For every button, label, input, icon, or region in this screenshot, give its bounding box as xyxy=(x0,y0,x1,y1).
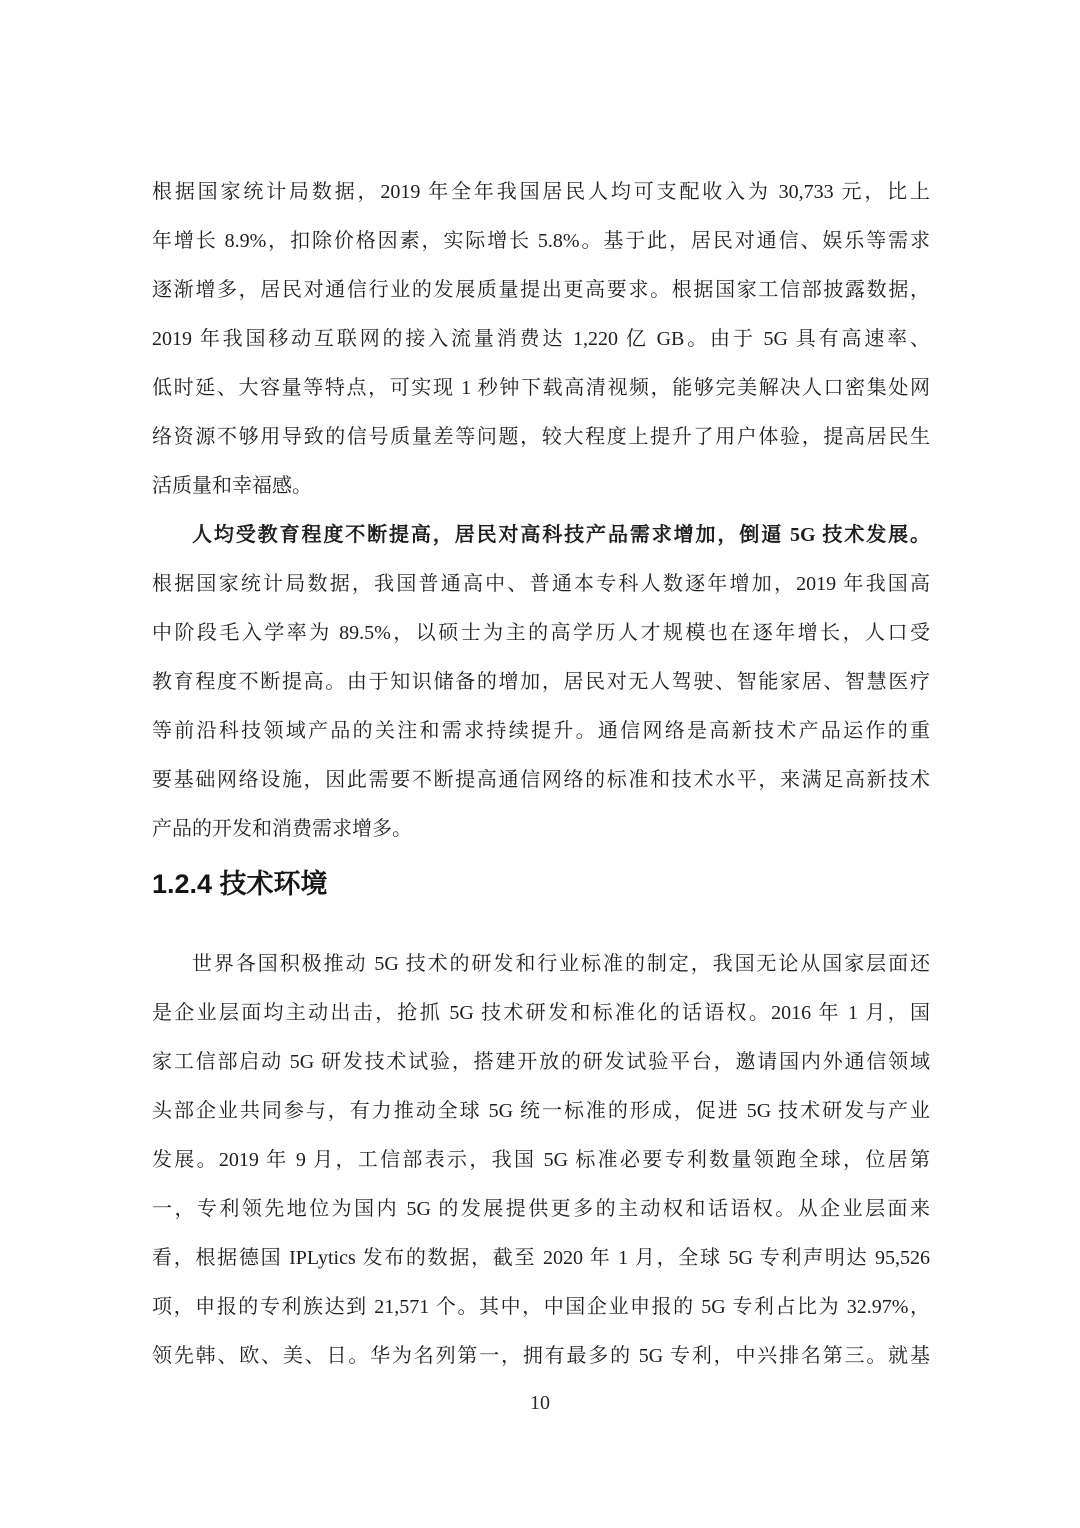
text-line: 看，根据德国 IPLytics 发布的数据，截至 2020 年 1 月，全球 5… xyxy=(152,1234,930,1283)
text-line: 一，专利领先地位为国内 5G 的发展提供更多的主动权和话语权。从企业层面来 xyxy=(152,1185,930,1234)
text-line: 家工信部启动 5G 研发技术试验，搭建开放的研发试验平台，邀请国内外通信领域 xyxy=(152,1038,930,1087)
text-line: 等前沿科技领域产品的关注和需求持续提升。通信网络是高新技术产品运作的重 xyxy=(152,707,930,756)
document-page: 根据国家统计局数据，2019 年全年我国居民人均可支配收入为 30,733 元，… xyxy=(0,0,1080,1528)
text-line: 世界各国积极推动 5G 技术的研发和行业标准的制定，我国无论从国家层面还 xyxy=(152,940,930,989)
text-line-bold-lead: 人均受教育程度不断提高，居民对高科技产品需求增加，倒逼 5G 技术发展。 xyxy=(152,511,930,560)
section-heading: 1.2.4 技术环境 xyxy=(152,862,930,906)
text-line: 逐渐增多，居民对通信行业的发展质量提出更高要求。根据国家工信部披露数据， xyxy=(152,266,930,315)
text-line: 项，申报的专利族达到 21,571 个。其中，中国企业申报的 5G 专利占比为 … xyxy=(152,1283,930,1332)
text-line: 要基础网络设施，因此需要不断提高通信网络的标准和技术水平，来满足高新技术 xyxy=(152,756,930,805)
page-number: 10 xyxy=(0,1392,1080,1415)
paragraph: 人均受教育程度不断提高，居民对高科技产品需求增加，倒逼 5G 技术发展。 根据国… xyxy=(152,511,930,854)
text-line: 络资源不够用导致的信号质量差等问题，较大程度上提升了用户体验，提高居民生 xyxy=(152,413,930,462)
text-line: 发展。2019 年 9 月，工信部表示，我国 5G 标准必要专利数量领跑全球，位… xyxy=(152,1136,930,1185)
text-line: 活质量和幸福感。 xyxy=(152,462,930,511)
text-line: 头部企业共同参与，有力推动全球 5G 统一标准的形成，促进 5G 技术研发与产业 xyxy=(152,1087,930,1136)
text-line: 低时延、大容量等特点，可实现 1 秒钟下载高清视频，能够完美解决人口密集处网 xyxy=(152,364,930,413)
text-line: 是企业层面均主动出击，抢抓 5G 技术研发和标准化的话语权。2016 年 1 月… xyxy=(152,989,930,1038)
page-body: 根据国家统计局数据，2019 年全年我国居民人均可支配收入为 30,733 元，… xyxy=(152,168,930,1381)
text-line: 根据国家统计局数据，我国普通高中、普通本专科人数逐年增加，2019 年我国高 xyxy=(152,560,930,609)
text-line: 中阶段毛入学率为 89.5%，以硕士为主的高学历人才规模也在逐年增长，人口受 xyxy=(152,609,930,658)
text-line: 年增长 8.9%，扣除价格因素，实际增长 5.8%。基于此，居民对通信、娱乐等需… xyxy=(152,217,930,266)
paragraph: 世界各国积极推动 5G 技术的研发和行业标准的制定，我国无论从国家层面还 是企业… xyxy=(152,940,930,1381)
text-line: 2019 年我国移动互联网的接入流量消费达 1,220 亿 GB。由于 5G 具… xyxy=(152,315,930,364)
text-line: 领先韩、欧、美、日。华为名列第一，拥有最多的 5G 专利，中兴排名第三。就基 xyxy=(152,1332,930,1381)
text-line: 根据国家统计局数据，2019 年全年我国居民人均可支配收入为 30,733 元，… xyxy=(152,168,930,217)
text-line: 产品的开发和消费需求增多。 xyxy=(152,805,930,854)
text-line: 教育程度不断提高。由于知识储备的增加，居民对无人驾驶、智能家居、智慧医疗 xyxy=(152,658,930,707)
paragraph: 根据国家统计局数据，2019 年全年我国居民人均可支配收入为 30,733 元，… xyxy=(152,168,930,511)
